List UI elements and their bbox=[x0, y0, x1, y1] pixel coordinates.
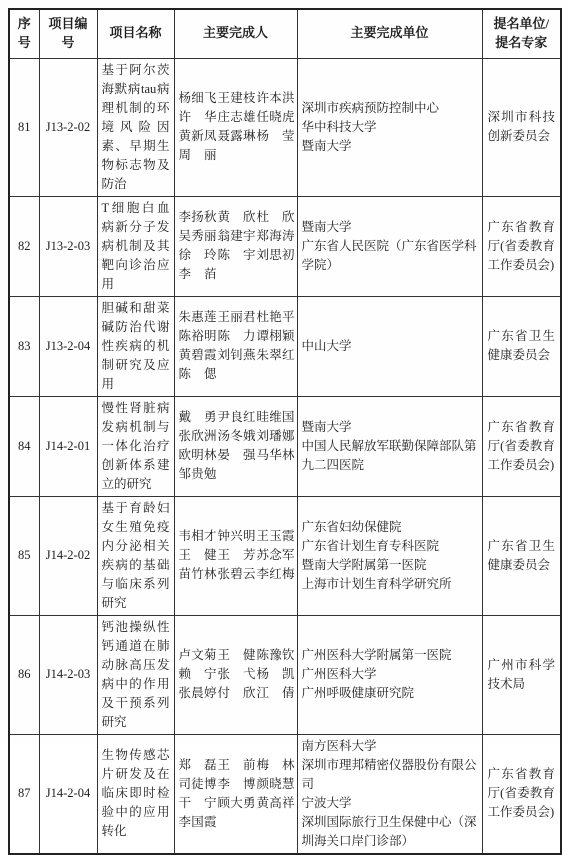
project-title-text: 胆碱和甜菜碱防治代谢性疾病的机制研究及应用 bbox=[102, 301, 170, 391]
completer-name: 聂露琳 bbox=[218, 127, 256, 146]
completer-name: 卢文菊 bbox=[179, 646, 217, 665]
completing-unit: 南方医科大学 bbox=[302, 737, 478, 756]
header-col-no: 序号 bbox=[9, 9, 39, 58]
cell-serial-number: 87 bbox=[9, 734, 39, 854]
project-title-text: 钙池操纵性钙通道在肺动脉高压发病中的作用及干预系列研究 bbox=[102, 620, 170, 729]
cell-main-units: 深圳市疾病预防控制中心华中科技大学暨南大学 bbox=[297, 58, 482, 196]
completer-name: 黄碧霞 bbox=[179, 346, 217, 365]
completer-name: 欧明林 bbox=[179, 446, 217, 465]
cell-project-title: T细胞白血病新分子发病机制及其靶向诊治应用 bbox=[97, 196, 174, 296]
completer-name: 陈豫钦 bbox=[257, 646, 295, 665]
completers-line: 陈偲 bbox=[179, 365, 295, 384]
completer-name: 朱翠红 bbox=[257, 346, 295, 365]
project-title-text: 基于阿尔茨海默病tau病理机制的环境风险因素、早期生物标志物及防治 bbox=[102, 63, 170, 191]
table-row: 85 J14-2-02 基于育龄妇女生殖免疫内分泌相关疾病的基础与临床系列研究 … bbox=[9, 496, 561, 615]
completer-name: 李国霞 bbox=[179, 813, 217, 832]
completer-name: 钟兴明 bbox=[218, 527, 256, 546]
completer-name: 许华 bbox=[179, 108, 217, 127]
completers-line: 李国霞 bbox=[179, 813, 295, 832]
completers-line: 苗竹林张碧云李红梅 bbox=[179, 565, 295, 584]
cell-project-code: J13-2-02 bbox=[39, 58, 97, 196]
completer-name: 戴勇 bbox=[179, 408, 217, 427]
cell-project-code: J14-2-02 bbox=[39, 496, 97, 615]
completers-line: 徐玲陈宇刘思初 bbox=[179, 246, 295, 265]
completer-name: 杨凯 bbox=[257, 665, 295, 684]
header-col-title: 项目名称 bbox=[97, 9, 174, 58]
completing-unit: 暨南大学附属第一医院 bbox=[302, 556, 478, 575]
completer-name: 黄新凤 bbox=[179, 127, 217, 146]
table-row: 86 J14-2-03 钙池操纵性钙通道在肺动脉高压发病中的作用及干预系列研究 … bbox=[9, 615, 561, 734]
cell-main-completers: 韦相才钟兴明王玉霞王健王芳苏念军苗竹林张碧云李红梅 bbox=[174, 496, 297, 615]
cell-project-title: 生物传感芯片研发及在临床即时检验中的应用转化 bbox=[97, 734, 174, 854]
completer-name: 王健 bbox=[218, 646, 256, 665]
completing-unit: 深圳市疾病预防控制中心 bbox=[302, 99, 478, 118]
completer-name: 干宁 bbox=[179, 794, 217, 813]
completers-line: 干宁顾大勇黄高祥 bbox=[179, 794, 295, 813]
completer-name: 王建枝 bbox=[218, 89, 256, 108]
cell-nominator: 广东省教育厅(省委教育工作委员会) bbox=[482, 196, 561, 296]
completing-unit: 广州医科大学附属第一医院 bbox=[302, 646, 478, 665]
completers-line: 卢文菊王健陈豫钦 bbox=[179, 646, 295, 665]
completer-name: 张弋 bbox=[218, 665, 256, 684]
award-project-table: 序号 项目编号 项目名称 主要完成人 主要完成单位 提名单位/ 提名专家 81 … bbox=[8, 8, 562, 855]
cell-project-code: J14-2-04 bbox=[39, 734, 97, 854]
cell-serial-number: 81 bbox=[9, 58, 39, 196]
cell-project-title: 钙池操纵性钙通道在肺动脉高压发病中的作用及干预系列研究 bbox=[97, 615, 174, 734]
completer-name: 尹良红 bbox=[218, 408, 256, 427]
completer-name: 黄欣 bbox=[218, 208, 256, 227]
completer-name: 张碧云 bbox=[218, 565, 256, 584]
completer-name: 刘璠娜 bbox=[257, 427, 295, 446]
completer-name: 王前 bbox=[218, 756, 256, 775]
completer-name: 许本洪 bbox=[257, 89, 295, 108]
completer-name: 陈裕明 bbox=[179, 327, 217, 346]
project-title-text: 慢性肾脏病发病机制与一体化治疗创新体系建立的研究 bbox=[102, 401, 170, 491]
completing-unit: 深圳市理邦精密仪器股份有限公司 bbox=[302, 756, 478, 794]
completer-name: 刘思初 bbox=[257, 246, 295, 265]
completer-name: 吴秀丽 bbox=[179, 227, 217, 246]
completer-name: 付欣 bbox=[218, 684, 256, 703]
table-row: 83 J13-2-04 胆碱和甜菜碱防治代谢性疾病的机制研究及应用 朱惠莲王丽君… bbox=[9, 296, 561, 396]
cell-main-completers: 卢文菊王健陈豫钦赖宁张弋杨凯张晨婷付欣江倩 bbox=[174, 615, 297, 734]
completer-name: 苗竹林 bbox=[179, 565, 217, 584]
completer-name: 王健 bbox=[179, 546, 217, 565]
completers-line: 郑磊王前梅林 bbox=[179, 756, 295, 775]
project-title-text: 生物传感芯片研发及在临床即时检验中的应用转化 bbox=[102, 748, 170, 838]
completer-name: 李萡 bbox=[179, 265, 217, 284]
completing-unit: 广东省计划生育专科医院 bbox=[302, 537, 478, 556]
header-col-units: 主要完成单位 bbox=[297, 9, 482, 58]
document-page: 序号 项目编号 项目名称 主要完成人 主要完成单位 提名单位/ 提名专家 81 … bbox=[0, 0, 568, 745]
completing-unit: 华中科技大学 bbox=[302, 118, 478, 137]
completers-line: 王健王芳苏念军 bbox=[179, 546, 295, 565]
cell-nominator: 广东省卫生健康委员会 bbox=[482, 296, 561, 396]
cell-nominator: 广东省教育厅(省委教育工作委员会) bbox=[482, 396, 561, 496]
completers-line: 吴秀丽翁建宇郑海涛 bbox=[179, 227, 295, 246]
cell-project-title: 胆碱和甜菜碱防治代谢性疾病的机制研究及应用 bbox=[97, 296, 174, 396]
completer-name: 任晓虎 bbox=[257, 108, 295, 127]
completing-unit: 深圳国际旅行卫生保健中心（深圳海关口岸门诊部） bbox=[302, 813, 478, 851]
cell-main-completers: 戴勇尹良红眭维国张欣洲汤冬娥刘璠娜欧明林晏强马华林邹贵勉 bbox=[174, 396, 297, 496]
completing-unit: 暨南大学 bbox=[302, 137, 478, 156]
completing-unit: 上海市计划生育科学研究所 bbox=[302, 575, 478, 594]
completers-line: 李扬秋黄欣杜欣 bbox=[179, 208, 295, 227]
completer-name: 邹贵勉 bbox=[179, 465, 217, 484]
cell-main-completers: 杨细飞王建枝许本洪许华庄志雄任晓虎黄新凤聂露琳杨莹周丽 bbox=[174, 58, 297, 196]
completers-line: 陈裕明陈力谭栩颖 bbox=[179, 327, 295, 346]
completing-unit: 广东省妇幼保健院 bbox=[302, 518, 478, 537]
cell-main-units: 中山大学 bbox=[297, 296, 482, 396]
completers-line: 黄新凤聂露琳杨莹 bbox=[179, 127, 295, 146]
completer-name: 郑海涛 bbox=[257, 227, 295, 246]
completer-name: 郑磊 bbox=[179, 756, 217, 775]
completer-name: 汤冬娥 bbox=[218, 427, 256, 446]
completer-name: 司徒博 bbox=[179, 775, 217, 794]
cell-project-code: J14-2-01 bbox=[39, 396, 97, 496]
completer-name: 顾大勇 bbox=[218, 794, 256, 813]
completer-name: 陈宇 bbox=[218, 246, 256, 265]
completer-name: 晏强 bbox=[218, 446, 256, 465]
completer-name: 张晨婷 bbox=[179, 684, 217, 703]
completers-line: 赖宁张弋杨凯 bbox=[179, 665, 295, 684]
completers-line: 邹贵勉 bbox=[179, 465, 295, 484]
cell-main-completers: 郑磊王前梅林司徒博李博颜晓慧干宁顾大勇黄高祥李国霞 bbox=[174, 734, 297, 854]
cell-main-units: 暨南大学广东省人民医院（广东省医学科学院） bbox=[297, 196, 482, 296]
cell-serial-number: 86 bbox=[9, 615, 39, 734]
completer-name: 刘钊燕 bbox=[218, 346, 256, 365]
completers-line: 许华庄志雄任晓虎 bbox=[179, 108, 295, 127]
completer-name: 王玉霞 bbox=[257, 527, 295, 546]
completing-unit: 暨南大学 bbox=[302, 218, 478, 237]
completer-name: 韦相才 bbox=[179, 527, 217, 546]
table-row: 82 J13-2-03 T细胞白血病新分子发病机制及其靶向诊治应用 李扬秋黄欣杜… bbox=[9, 196, 561, 296]
completer-name: 眭维国 bbox=[257, 408, 295, 427]
completer-name: 苏念军 bbox=[257, 546, 295, 565]
table-body: 81 J13-2-02 基于阿尔茨海默病tau病理机制的环境风险因素、早期生物标… bbox=[9, 58, 561, 854]
table-row: 87 J14-2-04 生物传感芯片研发及在临床即时检验中的应用转化 郑磊王前梅… bbox=[9, 734, 561, 854]
completer-name: 李红梅 bbox=[257, 565, 295, 584]
completers-line: 朱惠莲王丽君杜艳平 bbox=[179, 308, 295, 327]
completer-name: 王芳 bbox=[218, 546, 256, 565]
completers-line: 司徒博李博颜晓慧 bbox=[179, 775, 295, 794]
completer-name: 翁建宇 bbox=[218, 227, 256, 246]
completers-line: 欧明林晏强马华林 bbox=[179, 446, 295, 465]
completer-name: 梅林 bbox=[257, 756, 295, 775]
completers-line: 黄碧霞刘钊燕朱翠红 bbox=[179, 346, 295, 365]
header-col-nominator: 提名单位/ 提名专家 bbox=[482, 9, 561, 58]
cell-nominator: 广州市科学技术局 bbox=[482, 615, 561, 734]
cell-serial-number: 83 bbox=[9, 296, 39, 396]
completer-name: 杜艳平 bbox=[257, 308, 295, 327]
cell-main-units: 广州医科大学附属第一医院广州医科大学广州呼吸健康研究院 bbox=[297, 615, 482, 734]
cell-project-code: J13-2-03 bbox=[39, 196, 97, 296]
completers-line: 张晨婷付欣江倩 bbox=[179, 684, 295, 703]
completing-unit: 暨南大学 bbox=[302, 418, 478, 437]
completers-line: 杨细飞王建枝许本洪 bbox=[179, 89, 295, 108]
completer-name: 江倩 bbox=[257, 684, 295, 703]
completing-unit: 广州医科大学 bbox=[302, 665, 478, 684]
cell-main-units: 暨南大学中国人民解放军联勤保障部队第九二四医院 bbox=[297, 396, 482, 496]
completer-name: 黄高祥 bbox=[257, 794, 295, 813]
table-row: 81 J13-2-02 基于阿尔茨海默病tau病理机制的环境风险因素、早期生物标… bbox=[9, 58, 561, 196]
completing-unit: 广州呼吸健康研究院 bbox=[302, 684, 478, 703]
completers-line: 李萡 bbox=[179, 265, 295, 284]
header-col-people: 主要完成人 bbox=[174, 9, 297, 58]
completer-name: 赖宁 bbox=[179, 665, 217, 684]
completer-name: 谭栩颖 bbox=[257, 327, 295, 346]
cell-project-code: J13-2-04 bbox=[39, 296, 97, 396]
cell-main-units: 南方医科大学深圳市理邦精密仪器股份有限公司宁波大学深圳国际旅行卫生保健中心（深圳… bbox=[297, 734, 482, 854]
completer-name: 陈力 bbox=[218, 327, 256, 346]
cell-main-units: 广东省妇幼保健院广东省计划生育专科医院暨南大学附属第一医院上海市计划生育科学研究… bbox=[297, 496, 482, 615]
cell-project-title: 慢性肾脏病发病机制与一体化治疗创新体系建立的研究 bbox=[97, 396, 174, 496]
completing-unit: 广东省人民医院（广东省医学科学院） bbox=[302, 237, 478, 275]
cell-serial-number: 84 bbox=[9, 396, 39, 496]
completer-name: 颜晓慧 bbox=[257, 775, 295, 794]
header-row: 序号 项目编号 项目名称 主要完成人 主要完成单位 提名单位/ 提名专家 bbox=[9, 9, 561, 58]
table-header: 序号 项目编号 项目名称 主要完成人 主要完成单位 提名单位/ 提名专家 bbox=[9, 9, 561, 58]
completer-name: 张欣洲 bbox=[179, 427, 217, 446]
cell-project-title: 基于育龄妇女生殖免疫内分泌相关疾病的基础与临床系列研究 bbox=[97, 496, 174, 615]
project-title-text: T细胞白血病新分子发病机制及其靶向诊治应用 bbox=[102, 201, 170, 291]
completer-name: 杨莹 bbox=[257, 127, 295, 146]
completer-name: 徐玲 bbox=[179, 246, 217, 265]
completers-line: 戴勇尹良红眭维国 bbox=[179, 408, 295, 427]
completers-line: 周丽 bbox=[179, 146, 295, 165]
completer-name: 陈偲 bbox=[179, 365, 217, 384]
completing-unit: 宁波大学 bbox=[302, 794, 478, 813]
completers-line: 韦相才钟兴明王玉霞 bbox=[179, 527, 295, 546]
cell-project-title: 基于阿尔茨海默病tau病理机制的环境风险因素、早期生物标志物及防治 bbox=[97, 58, 174, 196]
completing-unit: 中山大学 bbox=[302, 337, 478, 356]
completer-name: 朱惠莲 bbox=[179, 308, 217, 327]
completer-name: 李博 bbox=[218, 775, 256, 794]
completing-unit: 中国人民解放军联勤保障部队第九二四医院 bbox=[302, 437, 478, 475]
project-title-text: 基于育龄妇女生殖免疫内分泌相关疾病的基础与临床系列研究 bbox=[102, 501, 170, 610]
completer-name: 周丽 bbox=[179, 146, 217, 165]
table-row: 84 J14-2-01 慢性肾脏病发病机制与一体化治疗创新体系建立的研究 戴勇尹… bbox=[9, 396, 561, 496]
completer-name: 杨细飞 bbox=[179, 89, 217, 108]
cell-main-completers: 李扬秋黄欣杜欣吴秀丽翁建宇郑海涛徐玲陈宇刘思初李萡 bbox=[174, 196, 297, 296]
cell-nominator: 广东省教育厅(省委教育工作委员会) bbox=[482, 734, 561, 854]
completer-name: 杜欣 bbox=[257, 208, 295, 227]
completers-line: 张欣洲汤冬娥刘璠娜 bbox=[179, 427, 295, 446]
cell-main-completers: 朱惠莲王丽君杜艳平陈裕明陈力谭栩颖黄碧霞刘钊燕朱翠红陈偲 bbox=[174, 296, 297, 396]
cell-project-code: J14-2-03 bbox=[39, 615, 97, 734]
completer-name: 马华林 bbox=[257, 446, 295, 465]
cell-nominator: 深圳市科技创新委员会 bbox=[482, 58, 561, 196]
completer-name: 庄志雄 bbox=[218, 108, 256, 127]
cell-nominator: 广东省卫生健康委员会 bbox=[482, 496, 561, 615]
header-col-code: 项目编号 bbox=[39, 9, 97, 58]
completer-name: 李扬秋 bbox=[179, 208, 217, 227]
cell-serial-number: 85 bbox=[9, 496, 39, 615]
completer-name: 王丽君 bbox=[218, 308, 256, 327]
cell-serial-number: 82 bbox=[9, 196, 39, 296]
